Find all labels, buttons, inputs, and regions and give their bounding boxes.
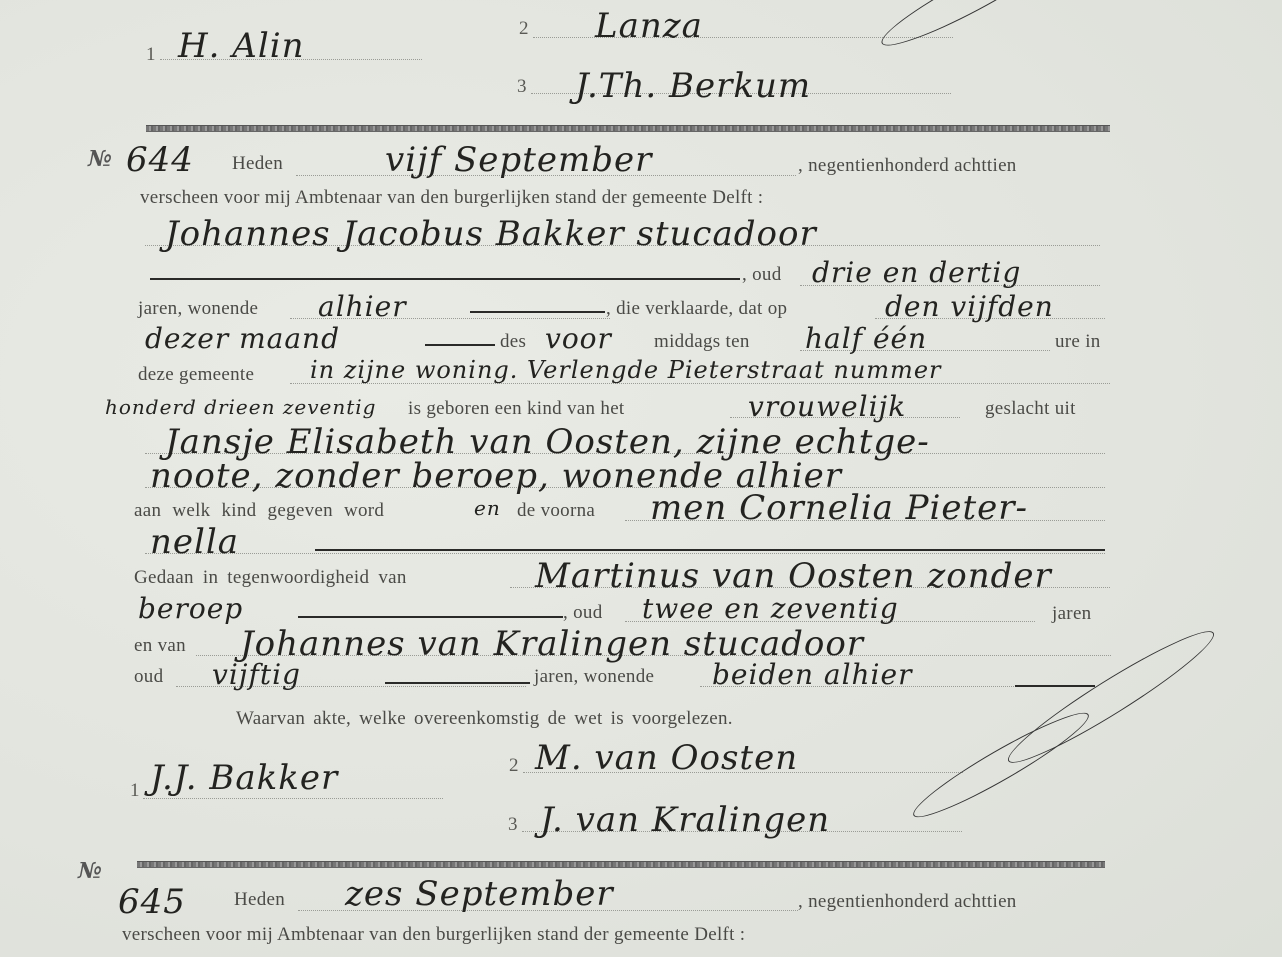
section-divider — [146, 125, 1110, 132]
child-sex: vrouwelijk — [748, 390, 906, 423]
label-en-van: en van — [134, 635, 186, 657]
signature-number-3: 3 — [517, 76, 527, 98]
number-sign-label: № — [78, 858, 102, 884]
witnesses-residence: beiden alhier — [712, 658, 912, 691]
birth-time: half één — [805, 322, 927, 355]
label-oud-3: oud — [134, 666, 163, 688]
signature-witness-1: M. van Oosten — [535, 738, 798, 778]
act-date: vijf September — [385, 140, 652, 180]
child-given-names-2: nella — [150, 522, 239, 562]
label-waarvan-akte: Waarvan akte, welke overeenkomstig de we… — [236, 708, 733, 730]
label-verscheen: verscheen voor mij Ambtenaar van den bur… — [122, 924, 745, 946]
act-number: 644 — [126, 140, 194, 180]
birth-day: den vijfden — [885, 290, 1054, 323]
signature-number-2: 2 — [519, 18, 529, 40]
label-year: , negentienhonderd achttien — [798, 891, 1017, 913]
signature-declarant-prev: H. Alin — [178, 26, 304, 66]
label-year: , negentienhonderd achttien — [798, 155, 1017, 177]
signature-number-1: 1 — [130, 780, 140, 802]
label-verscheen: verscheen voor mij Ambtenaar van den bur… — [140, 187, 763, 209]
label-jaren-wonende-2: jaren, wonende — [534, 666, 654, 688]
label-de-voorna: de voorna — [517, 500, 595, 522]
witness-1-occupation: beroep — [138, 592, 243, 625]
signature-number-3: 3 — [508, 814, 518, 836]
signature-witness-2-prev: J.Th. Berkum — [575, 66, 811, 106]
label-verklaarde: , die verklaarde, dat op — [606, 298, 787, 320]
signature-declarant: J.J. Bakker — [150, 758, 338, 798]
declarant-name-occupation: Johannes Jacobus Bakker stucadoor — [165, 214, 817, 254]
label-heden: Heden — [234, 889, 285, 911]
section-divider — [137, 861, 1105, 868]
act-date: zes September — [345, 874, 614, 914]
signature-witness-2: J. van Kralingen — [540, 800, 830, 840]
label-des: des — [500, 331, 526, 353]
witness-2-age: vijftig — [212, 658, 301, 691]
number-sign-label: № — [88, 146, 112, 172]
signature-number-1: 1 — [146, 44, 156, 66]
witness-1-age: twee en zeventig — [642, 592, 899, 625]
label-oud-2: , oud — [563, 602, 603, 624]
inserted-en: en — [474, 496, 501, 520]
label-aan-welk-kind: aan welk kind gegeven word — [134, 500, 384, 522]
label-geslacht-uit: geslacht uit — [985, 398, 1076, 420]
official-paraph-icon — [906, 702, 1096, 829]
birth-month: dezer maand — [145, 322, 340, 355]
declarant-residence: alhier — [318, 290, 407, 323]
label-deze-gemeente: deze gemeente — [138, 364, 254, 386]
birth-time-period: voor — [545, 322, 612, 355]
label-jaren: jaren — [1052, 603, 1091, 625]
label-jaren-wonende: jaren, wonende — [138, 298, 258, 320]
label-geboren: is geboren een kind van het — [408, 398, 625, 420]
signature-number-2: 2 — [509, 755, 519, 777]
label-middags-ten: middags ten — [654, 331, 750, 353]
official-paraph-icon — [874, 0, 1067, 58]
signature-witness-1-prev: Lanza — [595, 6, 703, 46]
label-heden: Heden — [232, 153, 283, 175]
act-number: 645 — [118, 882, 186, 922]
birth-place-line-1: in zijne woning. Verlengde Pieterstraat … — [310, 356, 942, 384]
child-given-names-1: men Cornelia Pieter- — [650, 488, 1028, 528]
label-gedaan: Gedaan in tegenwoordigheid van — [134, 567, 407, 589]
label-ure-in: ure in — [1055, 331, 1101, 353]
witness-1-name: Martinus van Oosten zonder — [535, 556, 1052, 596]
declarant-age: drie en dertig — [812, 256, 1021, 289]
label-oud: , oud — [742, 264, 782, 286]
birth-place-line-2: honderd drieen zeventig — [105, 395, 376, 419]
